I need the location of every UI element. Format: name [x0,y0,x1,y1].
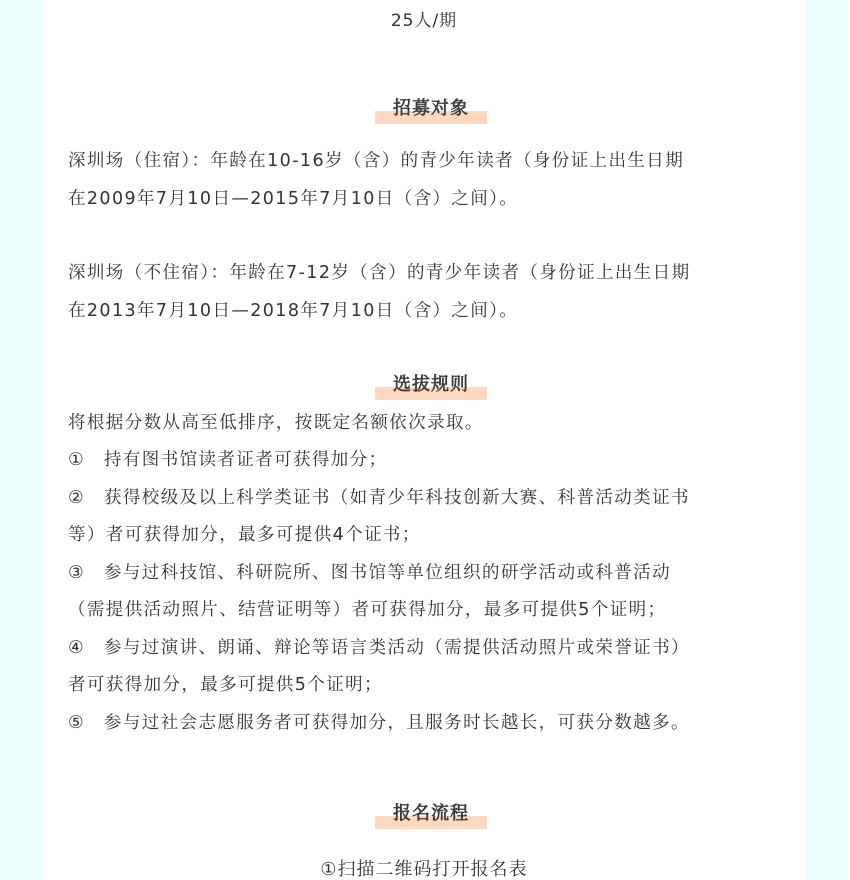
left-background-band [0,0,43,880]
process-step-1: ①扫描二维码打开报名表 [43,855,805,880]
heading-text: 选拔规则 [375,370,487,396]
capacity-text: 25人/期 [43,6,805,31]
selection-line-8: 者可获得加分，最多可提供5个证明； [68,674,383,696]
selection-line-9: ⑤ 参与过社会志愿服务者可获得加分，且服务时长越长，可获分数越多。 [68,712,690,734]
section-heading-selection: 选拔规则 [375,370,487,400]
article-content: 25人/期 招募对象 深圳场（住宿）：年龄在10-16岁（含）的青少年读者（身份… [43,0,805,880]
selection-line-7: ④ 参与过演讲、朗诵、辩论等语言类活动（需提供活动照片或荣誉证书） [68,637,690,659]
recruit-line-1: 深圳场（住宿）：年龄在10-16岁（含）的青少年读者（身份证上出生日期 [68,150,684,172]
selection-line-5: ③ 参与过科技馆、科研院所、图书馆等单位组织的研学活动或科普活动 [68,562,671,584]
heading-text: 招募对象 [375,94,487,120]
selection-line-1: 将根据分数从高至低排序，按既定名额依次录取。 [68,412,484,434]
recruit-line-4: 在2013年7月10日—2018年7月10日（含）之间）。 [68,300,518,322]
recruit-line-2: 在2009年7月10日—2015年7月10日（含）之间）。 [68,188,518,210]
right-background-band [805,0,847,880]
section-heading-process: 报名流程 [375,799,487,829]
selection-line-3: ② 获得校级及以上科学类证书（如青少年科技创新大赛、科普活动类证书 [68,487,690,509]
selection-line-4: 等）者可获得加分，最多可提供4个证书； [68,524,421,546]
selection-line-2: ① 持有图书馆读者证者可获得加分； [68,449,388,471]
section-heading-recruit: 招募对象 [375,94,487,124]
selection-line-6: （需提供活动照片、结营证明等）者可获得加分，最多可提供5个证明； [68,599,666,621]
heading-text: 报名流程 [375,799,487,825]
recruit-line-3: 深圳场（不住宿）：年龄在7-12岁（含）的青少年读者（身份证上出生日期 [68,262,690,284]
